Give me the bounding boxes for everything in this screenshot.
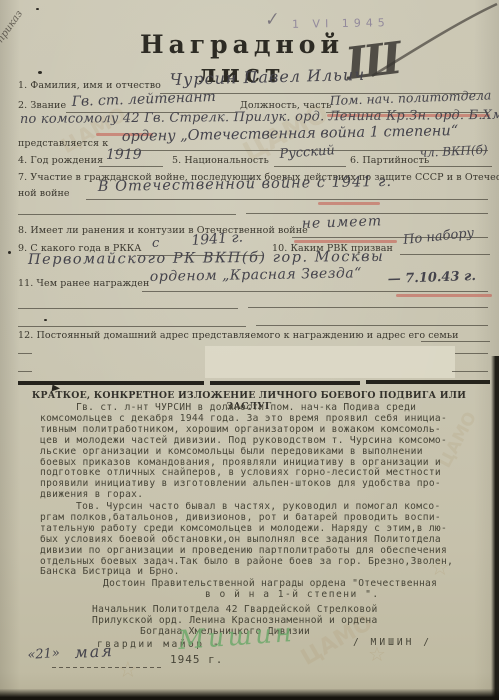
field-12-label: 12. Постоянный домашний адрес представля… bbox=[18, 330, 459, 341]
field-5-label: 5. Национальность bbox=[172, 155, 269, 166]
field-4-label: 4. Год рождения bbox=[18, 155, 103, 166]
field-8-value: не имеет bbox=[301, 213, 382, 232]
corner-handwritten-note: приказ bbox=[0, 9, 25, 45]
form-line bbox=[18, 371, 32, 372]
field-3-value: ордену „Отечественная война 1 степени“ bbox=[122, 123, 459, 145]
redacted-address-area bbox=[205, 346, 455, 378]
summary-line: движения в горах. bbox=[40, 490, 496, 501]
field-6-value: чл. ВКП(б) bbox=[419, 142, 488, 160]
field-6-label: 6. Партийность bbox=[350, 155, 429, 166]
form-line bbox=[400, 254, 490, 255]
form-line bbox=[99, 166, 163, 167]
summary-paragraph-1: Гв. ст. л-нт ЧУРСИН в должности пом. нач… bbox=[40, 403, 496, 501]
field-5-value: Русский bbox=[279, 143, 335, 162]
verdict-line-2: в о й н а 1-й степени ". bbox=[205, 589, 380, 600]
field-8-label: 8. Имеет ли ранения и контузии в Отечест… bbox=[18, 225, 308, 236]
field-1-label: 1. Фамилия, имя и отчество bbox=[18, 80, 161, 91]
form-line bbox=[452, 371, 488, 372]
form-line bbox=[18, 214, 236, 215]
form-line bbox=[142, 291, 488, 292]
field-10-value: По набору bbox=[402, 226, 474, 248]
photo-edge-right bbox=[491, 356, 499, 700]
field-2-label: 2. Звание bbox=[18, 100, 66, 111]
date-year: 1945 г. bbox=[170, 653, 223, 666]
date-month: мая bbox=[74, 641, 114, 662]
form-line bbox=[248, 307, 488, 308]
field-2-value: Гв. ст. лейтенант bbox=[71, 89, 216, 110]
form-line bbox=[18, 353, 32, 354]
form-line bbox=[419, 166, 492, 167]
ink-speck bbox=[8, 251, 11, 254]
field-11-label: 11. Чем ранее награжден bbox=[18, 278, 149, 289]
summary-line: Банска Бистрица и Брно. bbox=[40, 567, 496, 578]
field-9-value-b: 1941 г. bbox=[191, 229, 244, 249]
summary-line: цев и молодежи частей дивизии. Под руков… bbox=[40, 436, 496, 447]
form-line bbox=[274, 166, 346, 167]
red-underline bbox=[318, 202, 380, 205]
form-line bbox=[86, 199, 488, 200]
form-line bbox=[18, 308, 238, 309]
signature-line-1: Начальник Политотдела 42 Гвардейской Стр… bbox=[92, 604, 378, 615]
section-divider bbox=[210, 381, 360, 385]
summary-paragraph-2: Тов. Чурсин часто бывал в частях, руково… bbox=[40, 502, 496, 578]
ink-speck bbox=[36, 8, 39, 10]
verdict-line-1: Достоин Правительственной награды ордена… bbox=[103, 578, 437, 589]
pen-scribble-mark: ✓ bbox=[262, 9, 280, 32]
form-line bbox=[455, 353, 488, 354]
date-stamp: 1 VI 1945 bbox=[292, 16, 390, 31]
summary-line: дивизии по организации и проведению парт… bbox=[40, 546, 496, 557]
field-7-label-cont: ной войне bbox=[18, 188, 70, 199]
summary-line: бых условиях боевой обстановки,он выполн… bbox=[40, 535, 496, 546]
field-11-date: — 7.10.43 г. bbox=[387, 269, 476, 287]
red-underline bbox=[396, 294, 492, 297]
form-line bbox=[421, 341, 490, 342]
field-2-position-value: Пом. нач. политотдела bbox=[329, 87, 491, 108]
ink-speck bbox=[38, 71, 42, 74]
ink-speck bbox=[44, 319, 47, 321]
field-3-label: представляется к bbox=[18, 138, 108, 149]
form-line bbox=[18, 326, 246, 327]
summary-line: льские организации и комсомольцы были пе… bbox=[40, 447, 496, 458]
signature-name-plate: / МИШИН / bbox=[353, 637, 432, 648]
form-line bbox=[256, 325, 488, 326]
section-divider bbox=[366, 380, 490, 384]
field-4-value: 1919 bbox=[106, 147, 142, 163]
date-underline bbox=[52, 667, 164, 668]
photo-edge-bottom bbox=[0, 689, 499, 700]
archive-star-icon: ☆ bbox=[118, 658, 138, 683]
field-9-value-a: с bbox=[152, 236, 159, 251]
field-11-value: орденом „Красная Звезда“ bbox=[150, 265, 362, 285]
award-sheet-document: ЦАМО ЦАМО ЦАМО ЦАМО ☆ ☆ ☆ приказ ✓ 1 VI … bbox=[0, 0, 499, 700]
section-divider bbox=[18, 381, 204, 385]
date-day: «21» bbox=[27, 646, 60, 663]
